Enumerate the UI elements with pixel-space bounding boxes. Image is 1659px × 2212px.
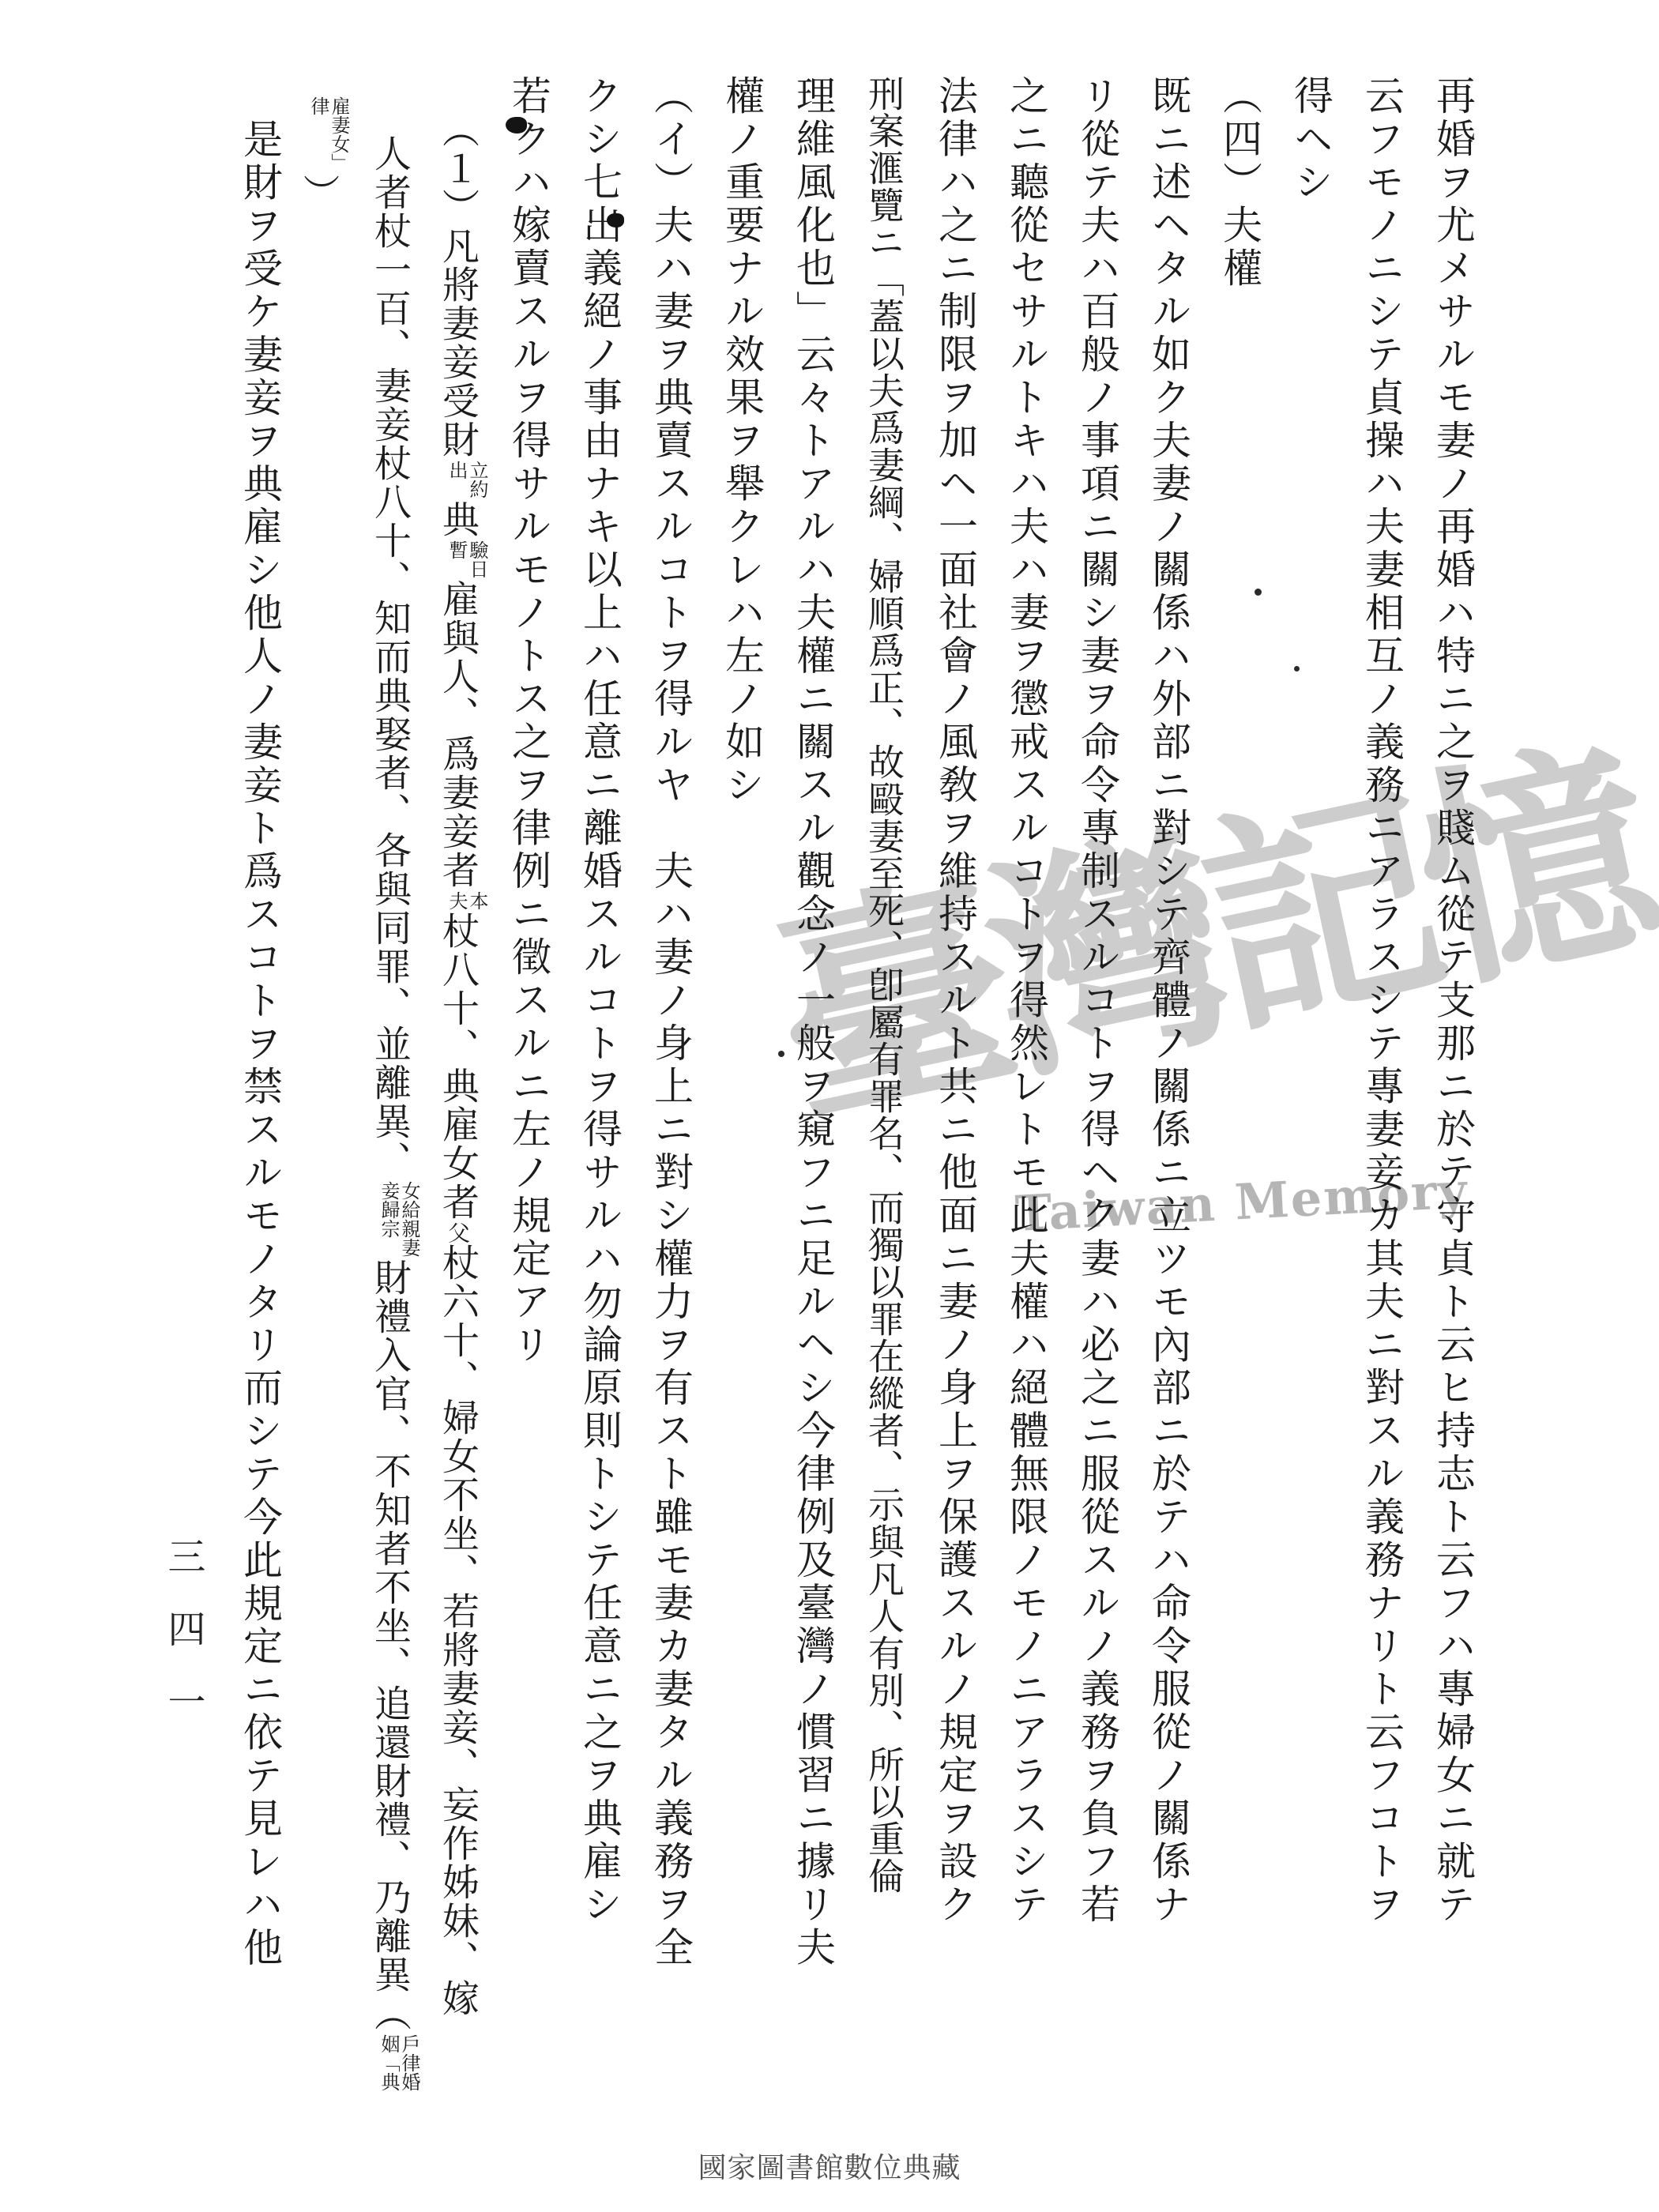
text-column-8: 法律ハ之ニ制限ヲ加ヘ一面社會ノ風敎ヲ維持スルト共ニ他面ニ妻ノ身上ヲ保護スルノ規定… xyxy=(932,75,978,1927)
interlinear-note: 驗日暫 xyxy=(446,540,487,578)
text-column-10: 理維風化也」云々トアルハ夫權ニ關スル觀念ノ一般ヲ窺フニ足ルヘシ今律例及臺灣ノ慣習… xyxy=(790,75,836,1969)
text-column-17: 雇妻女」律） xyxy=(296,95,349,212)
text-column-15: （１）凡將妻妾受財立約出典驗日暫雇與人、爲妻妾者本夫杖八十、典雇女者父杖六十、婦… xyxy=(434,111,487,2018)
archive-footer-caption: 國家圖書館數位典藏 xyxy=(0,2146,1659,2186)
text-column-18: 是財ヲ受ケ妻妾ヲ典雇シ他人ノ妻妾ト爲スコトヲ禁スルモノタリ而シテ今此規定ニ依テ見… xyxy=(237,118,283,1970)
ink-blot xyxy=(506,117,527,134)
text-column-13: クシ七出義絕ノ事由ナキ以上ハ任意ニ離婚スルコトヲ得サルハ勿論原則トシテ任意ニ之ヲ… xyxy=(577,75,623,1927)
text-column-1: 再婚ヲ尤メサルモ妻ノ再婚ハ特ニ之ヲ賤ム從テ支那ニ於テ守貞ト云ヒ持志ト云フハ專婦女… xyxy=(1430,75,1476,1927)
interlinear-note: 本夫 xyxy=(446,891,487,910)
text-column-12: （イ）夫ハ妻ヲ典賣スルコトヲ得ルヤ 夫ハ妻ノ身上ニ對シ權力ヲ有スト雖モ妻カ妻タル… xyxy=(648,75,694,1969)
text-column-5: 既ニ述ヘタル如ク夫妻ノ關係ハ外部ニ對シテ齊體ノ關係ニ立ツモ內部ニ於テハ命令服從ノ… xyxy=(1145,75,1191,1927)
scanned-document-page: 臺灣記憶 Taiwan Memory 再婚ヲ尤メサルモ妻ノ再婚ハ特ニ之ヲ賤ム從テ… xyxy=(0,0,1659,2212)
text-column-6: リ從テ夫ハ百般ノ事項ニ關シ妻ヲ命令專制スルコトヲ得ヘク妻ハ必之ニ服從スルノ義務ヲ… xyxy=(1074,75,1120,1927)
text-column-14: 若クハ嫁賣スルヲ得サルモノトス之ヲ律例ニ徵スルニ左ノ規定アリ xyxy=(506,75,551,1367)
interlinear-note: 女給親妻妾歸宗 xyxy=(378,1181,419,1257)
scan-speck xyxy=(778,1051,784,1057)
interlinear-note: 戶律婚姻「典 xyxy=(378,2034,419,2091)
citation-closing-paren: ） xyxy=(298,174,340,212)
text-column-7: 之ニ聽從セサルトキハ夫ハ妻ヲ懲戒スルコトヲ得然レトモ此夫權ハ絕體無限ノモノニアラ… xyxy=(1003,75,1049,1927)
text-column-11: 權ノ重要ナル效果ヲ舉クレハ左ノ如シ xyxy=(719,75,765,807)
scan-speck xyxy=(1255,589,1262,596)
ink-blot xyxy=(607,213,624,228)
text-column-2: 云フモノニシテ貞操ハ夫妻相互ノ義務ニアラスシテ專妻妾カ其夫ニ對スル義務ナリト云フ… xyxy=(1359,75,1405,1927)
text-column-4: （四）夫權 xyxy=(1217,75,1262,291)
interlinear-note: 雇妻女」律 xyxy=(308,96,349,172)
text-column-9: 刑案滙覽ニ「蓋以夫爲妻綱、婦順爲正、故毆妻至死、卽屬有罪名、而獨以罪在縱者、示與… xyxy=(861,75,907,1894)
scan-speck xyxy=(1294,666,1300,671)
small-note-char: 父 xyxy=(445,1221,471,1243)
page-number: 三四一 xyxy=(156,1537,211,1755)
text-column-16: 人者杖一百、妻妾杖八十、知而典娶者、各與同罪、並離異、女給親妻妾歸宗財禮入官、不… xyxy=(367,134,419,2093)
text-column-3: 得ヘシ xyxy=(1288,75,1334,205)
interlinear-note: 立約出 xyxy=(446,461,487,498)
